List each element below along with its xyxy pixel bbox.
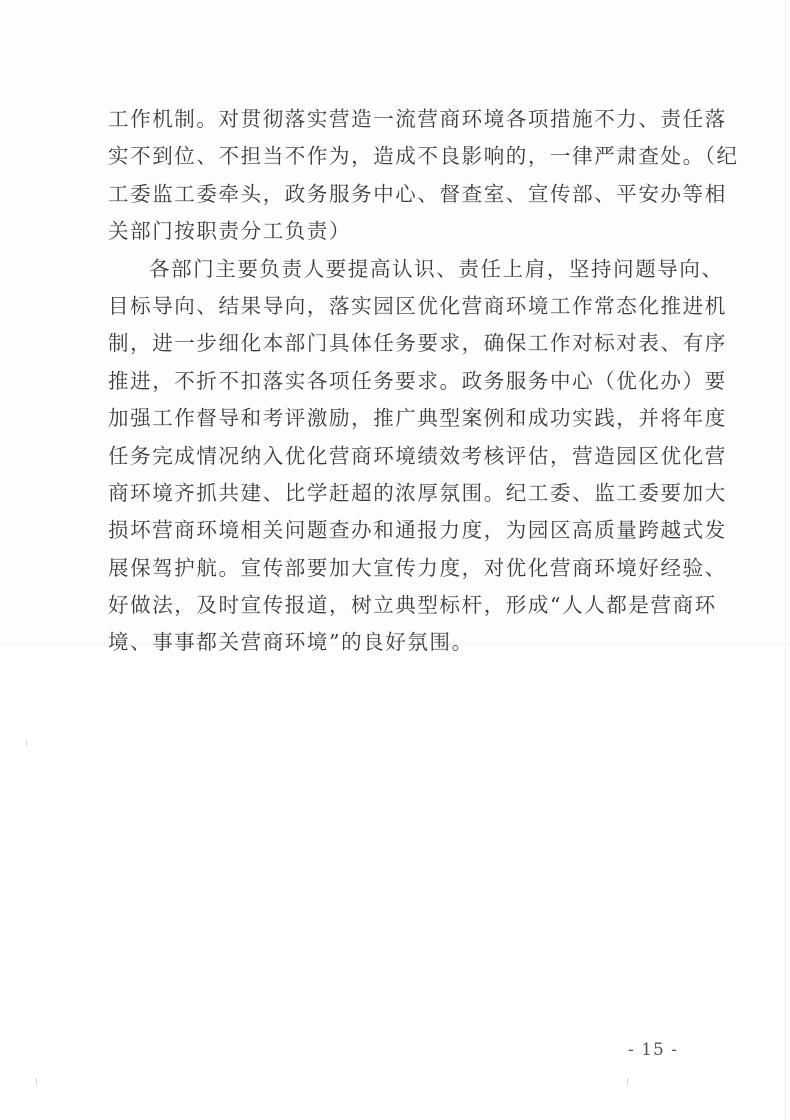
text-line: 制，进一步细化本部门具体任务要求，确保工作对标对表、有序 [108,325,692,362]
text-line: 各部门主要负责人要提高认识、责任上肩，坚持问题导向、 [108,251,692,288]
scan-speck [627,1078,628,1086]
text-line: 关部门按职责分工负责） [108,213,692,250]
text-line: 境、事事都关营商环境”的良好氛围。 [108,624,692,661]
paragraph-1: 工作机制。对贯彻落实营造一流营商环境各项措施不力、责任落 实不到位、不担当不作为… [108,101,692,251]
body-text: 工作机制。对贯彻落实营造一流营商环境各项措施不力、责任落 实不到位、不担当不作为… [108,101,692,662]
scan-speck [26,740,27,746]
text-line: 工作机制。对贯彻落实营造一流营商环境各项措施不力、责任落 [108,101,692,138]
text-line: 展保驾护航。宣传部要加大宣传力度，对优化营商环境好经验、 [108,550,692,587]
scan-speck [785,0,786,1120]
text-line: 实不到位、不担当不作为，造成不良影响的，一律严肃查处。（纪 [108,138,692,175]
text-line: 加强工作督导和考评激励，推广典型案例和成功实践，并将年度 [108,400,692,437]
scan-speck [36,1078,37,1086]
text-line: 商环境齐抓共建、比学赶超的浓厚氛围。纪工委、监工委要加大 [108,475,692,512]
text-line: 损坏营商环境相关问题查办和通报力度，为园区高质量跨越式发 [108,512,692,549]
document-page: 工作机制。对贯彻落实营造一流营商环境各项措施不力、责任落 实不到位、不担当不作为… [0,0,790,1120]
text-line: 推进，不折不扣落实各项任务要求。政务服务中心（优化办）要 [108,363,692,400]
text-line: 工委监工委牵头，政务服务中心、督查室、宣传部、平安办等相 [108,176,692,213]
text-line: 好做法，及时宣传报道，树立典型标杆，形成“人人都是营商环 [108,587,692,624]
paragraph-2: 各部门主要负责人要提高认识、责任上肩，坚持问题导向、 目标导向、结果导向，落实园… [108,251,692,662]
page-number: - 15 - [628,1040,678,1060]
text-line: 任务完成情况纳入优化营商环境绩效考核评估，营造园区优化营 [108,438,692,475]
text-line: 目标导向、结果导向，落实园区优化营商环境工作常态化推进机 [108,288,692,325]
